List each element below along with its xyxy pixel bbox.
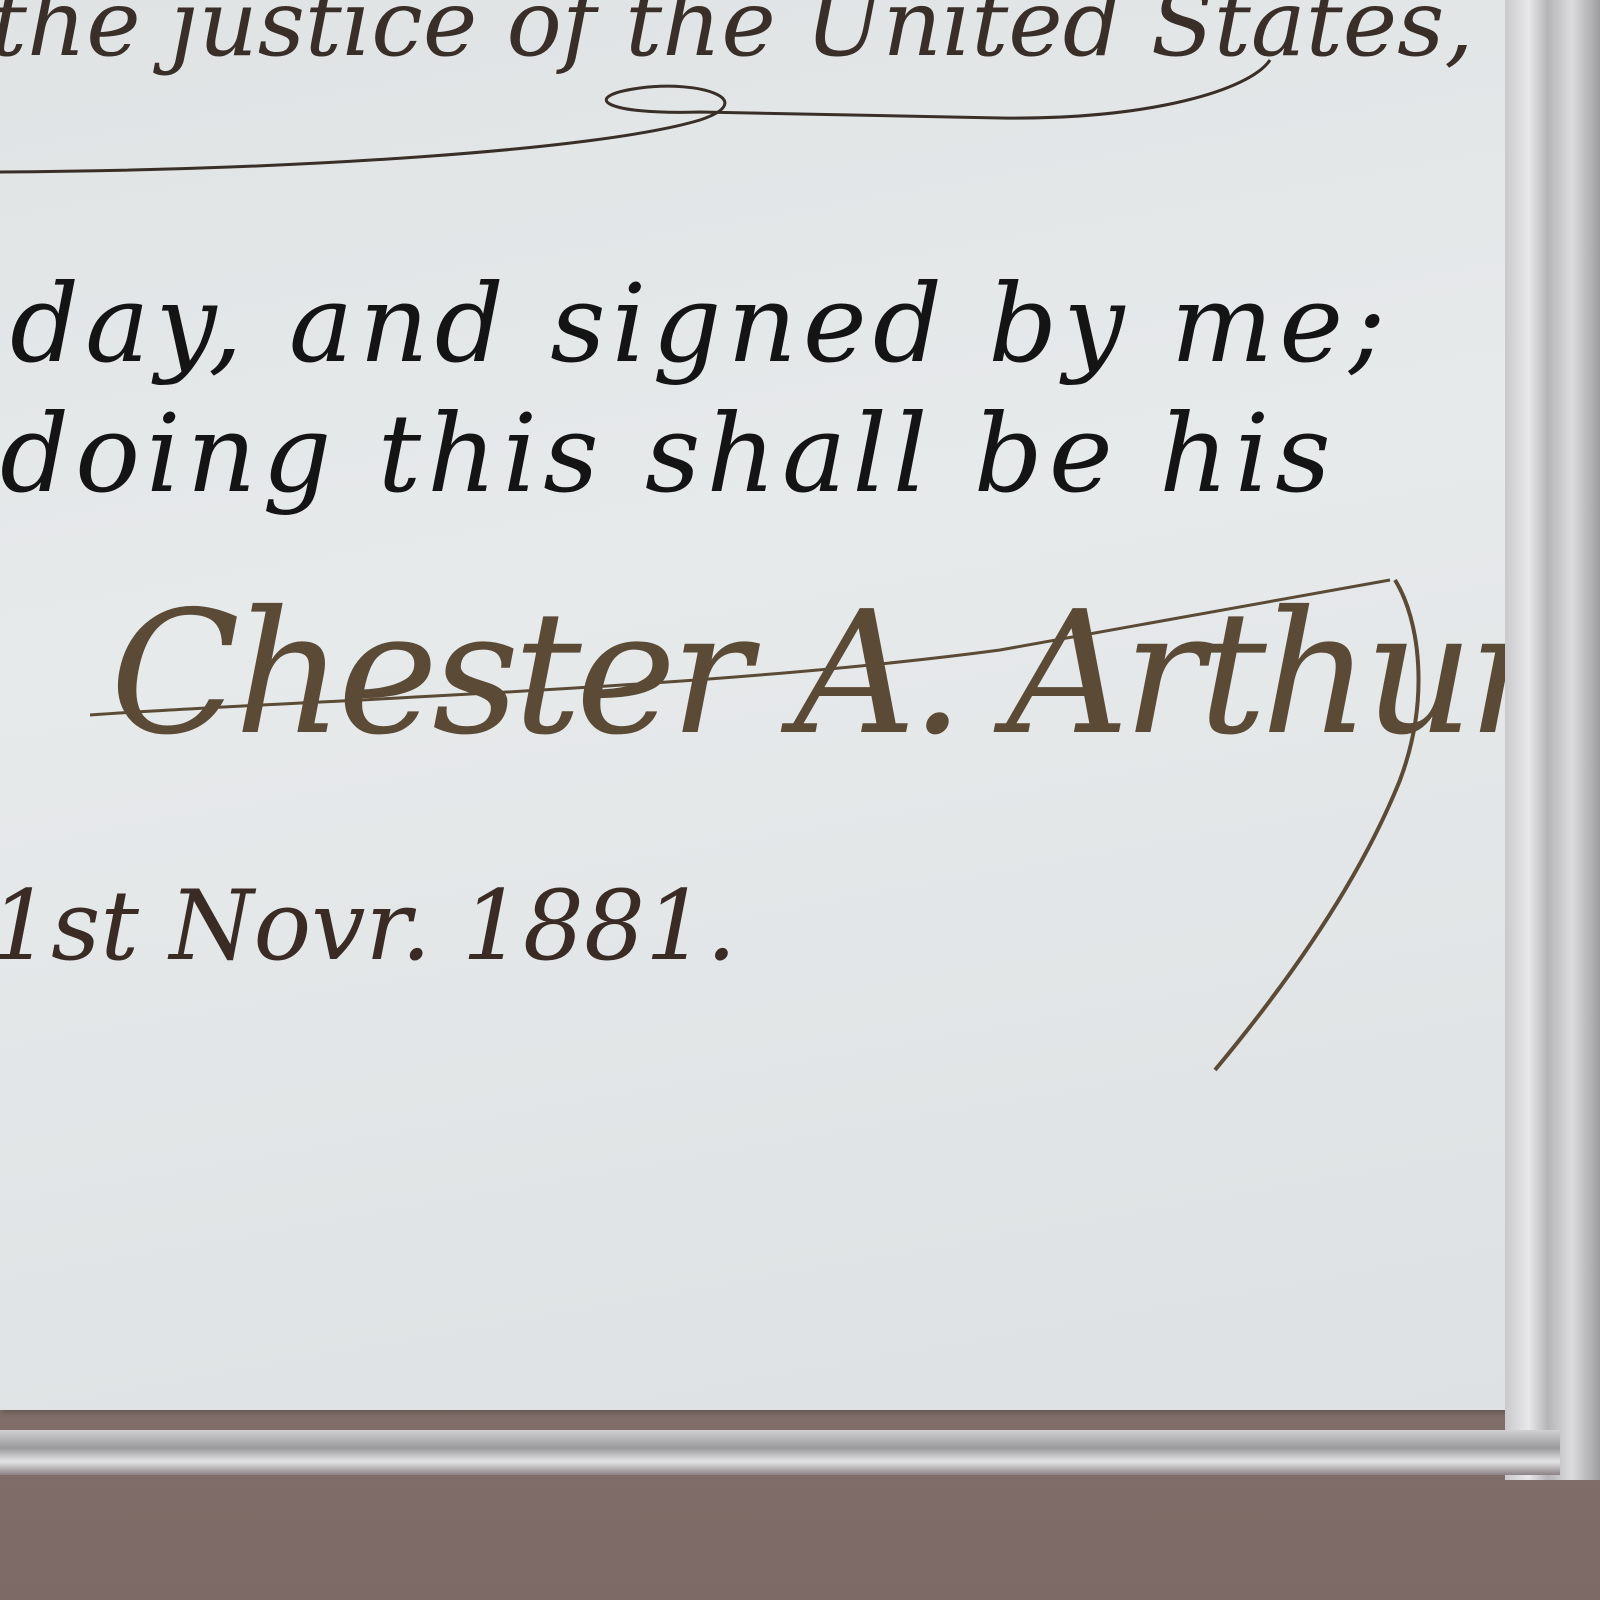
- frame-right-edge: [1505, 0, 1600, 1480]
- document-text-top-line: the justice of the United States,: [0, 0, 1474, 77]
- signature: Chester A. Arthur: [110, 575, 1543, 773]
- frame-bottom-edge: [0, 1430, 1560, 1475]
- document-date: 1st Novr. 1881.: [0, 870, 737, 982]
- document-text-line-signed: day, and signed by me;: [10, 262, 1392, 387]
- document-text-line-doing: doing this shall be his: [0, 392, 1337, 517]
- document-paper: the justice of the United States, day, a…: [0, 0, 1535, 1410]
